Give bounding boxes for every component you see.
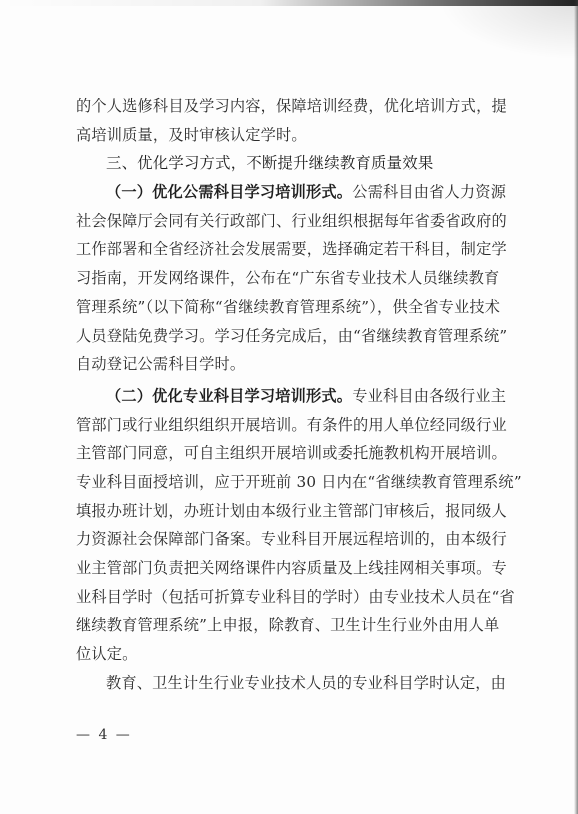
text-line: 的个人选修科目及学习内容，保障培训经费，优化培训方式，提 <box>76 92 508 121</box>
text-line: 业科目学时（包括可折算专业科目的学时）由专业技术人员在“省 <box>76 583 508 612</box>
text-line: 专业科目面授培训，应于开班前 30 日内在“省继续教育管理系统” <box>76 468 508 497</box>
subsection-title: （二）优化专业科目学习培训形式。 <box>106 387 352 405</box>
text-line: 填报办班计划，办班计划由本级行业主管部门审核后，报同级人 <box>76 497 508 526</box>
subsection-title: （一）优化公需科目学习培训形式。 <box>106 183 352 201</box>
text-line: 社会保障厅会同有关行政部门、行业组织根据每年省委省政府的 <box>76 207 508 236</box>
text-fragment: 专业科目由各级行业主 <box>352 387 506 405</box>
text-line: 业主管部门负责把关网络课件内容质量及上线挂网相关事项。专 <box>76 554 508 583</box>
text-line: 管部门或行业组织组织开展培训。有条件的用人单位经同级行业 <box>76 411 508 440</box>
text-line: 位认定。 <box>76 640 508 669</box>
text-line: 工作部署和全省经济社会发展需要，选择确定若干科目，制定学 <box>76 235 508 264</box>
paragraph-professional-subjects: （二）优化专业科目学习培训形式。专业科目由各级行业主 管部门或行业组织组织开展培… <box>76 382 508 669</box>
text-line: 管理系统”（以下简称“省继续教育管理系统”），供全省专业技术 <box>76 293 508 322</box>
text-fragment: 公需科目由省人力资源 <box>352 183 506 201</box>
text-line: （二）优化专业科目学习培训形式。专业科目由各级行业主 <box>76 382 508 411</box>
text-line: 继续教育管理系统”上申报，除教育、卫生计生行业外由用人单 <box>76 611 508 640</box>
scan-shadow-corner <box>438 0 578 60</box>
text-line: 自动登记公需科目学时。 <box>76 350 508 379</box>
document-body: 的个人选修科目及学习内容，保障培训经费，优化培训方式，提 高培训质量，及时审核认… <box>76 92 508 697</box>
text-line: 力资源社会保障部门备案。专业科目开展远程培训的，由本级行 <box>76 525 508 554</box>
text-line: 人员登陆免费学习。学习任务完成后，由“省继续教育管理系统” <box>76 322 508 351</box>
paragraph-education-health: 教育、卫生计生行业专业技术人员的专业科目学时认定，由 <box>76 669 508 698</box>
text-line: 教育、卫生计生行业专业技术人员的专业科目学时认定，由 <box>76 669 508 698</box>
text-line: 主管部门同意，可自主组织开展培训或委托施教机构开展培训。 <box>76 439 508 468</box>
page-number: — 4 — <box>76 727 132 743</box>
text-line: （一）优化公需科目学习培训形式。公需科目由省人力资源 <box>76 178 508 207</box>
text-line: 高培训质量，及时审核认定学时。 <box>76 121 508 150</box>
scan-shadow-right <box>574 0 578 814</box>
section-heading: 三、优化学习方式，不断提升继续教育质量效果 <box>76 149 508 178</box>
text-line: 习指南，开发网络课件，公布在“广东省专业技术人员继续教育 <box>76 264 508 293</box>
paragraph-public-subjects: （一）优化公需科目学习培训形式。公需科目由省人力资源 社会保障厅会同有关行政部门… <box>76 178 508 379</box>
paragraph-continuation: 的个人选修科目及学习内容，保障培训经费，优化培训方式，提 高培训质量，及时审核认… <box>76 92 508 149</box>
